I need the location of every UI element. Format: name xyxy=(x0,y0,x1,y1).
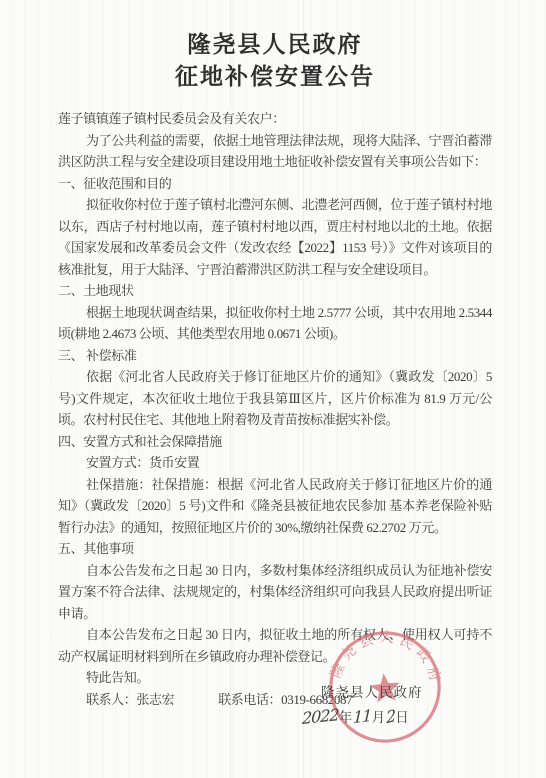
document-page: 隆尧县人民政府 征地补偿安置公告 莲子镇镇莲子镇村民委员会及有关农户： 为了公共… xyxy=(0,0,546,778)
section-heading-1: 一、征收范围和目的 xyxy=(58,173,492,195)
announcement-title: 征地补偿安置公告 xyxy=(58,60,492,92)
section-heading-2: 二、土地现状 xyxy=(58,280,492,302)
section-heading-5: 五、其他事项 xyxy=(58,538,492,560)
issue-date-month: 11 xyxy=(353,706,372,727)
signature-area: 隆尧县人民政府 隆尧县人民政府 2022年11月2日 xyxy=(0,618,546,778)
addressee-line: 莲子镇镇莲子镇村民委员会及有关农户： xyxy=(58,108,492,130)
issue-date-year: 2022 xyxy=(302,705,339,728)
paragraph-social-security: 社保措施：社保措施：根据《河北省人民政府关于修订征地区片价的通知》（冀政发〔20… xyxy=(58,474,492,539)
paragraph-scope: 拟征收你村位于莲子镇村北澧河东侧、北澧老河西侧，位于莲子镇村村地以东，西店子村村… xyxy=(58,194,492,280)
paragraph-land-status: 根据土地现状调查结果，拟征收你村土地 2.5777 公顷，其中农用地 2.534… xyxy=(58,302,492,345)
paragraph-compensation: 依据《河北省人民政府关于修订征地区片价的通知》（冀政发〔2020〕5 号)文件规… xyxy=(58,366,492,431)
issuer-title: 隆尧县人民政府 xyxy=(58,28,492,60)
year-suffix: 年 xyxy=(339,710,354,725)
section-heading-3: 三、 补偿标准 xyxy=(58,345,492,367)
paragraph-hearing-rights: 自本公告发布之日起 30 日内，多数村集体经济组织成员认为征地补偿安置方案不符合… xyxy=(58,560,492,625)
paragraph-intro: 为了公共利益的需要，依据土地管理法律法规，现将大陆泽、宁晋泊蓄滞洪区防洪工程与安… xyxy=(58,130,492,173)
section-heading-4: 四、安置方式和社会保障措施 xyxy=(58,431,492,453)
issue-date: 2022年11月2日 xyxy=(302,706,410,726)
month-suffix: 月 xyxy=(372,710,387,725)
paragraph-resettlement-mode: 安置方式：货币安置 xyxy=(58,452,492,474)
scanned-document: { "document": { "title_line1": "隆尧县人民政府"… xyxy=(0,0,546,778)
document-title-block: 隆尧县人民政府 征地补偿安置公告 xyxy=(58,28,492,92)
issue-date-day: 2 xyxy=(386,706,396,728)
issuing-authority: 隆尧县人民政府 xyxy=(321,681,423,701)
day-suffix: 日 xyxy=(395,710,410,725)
